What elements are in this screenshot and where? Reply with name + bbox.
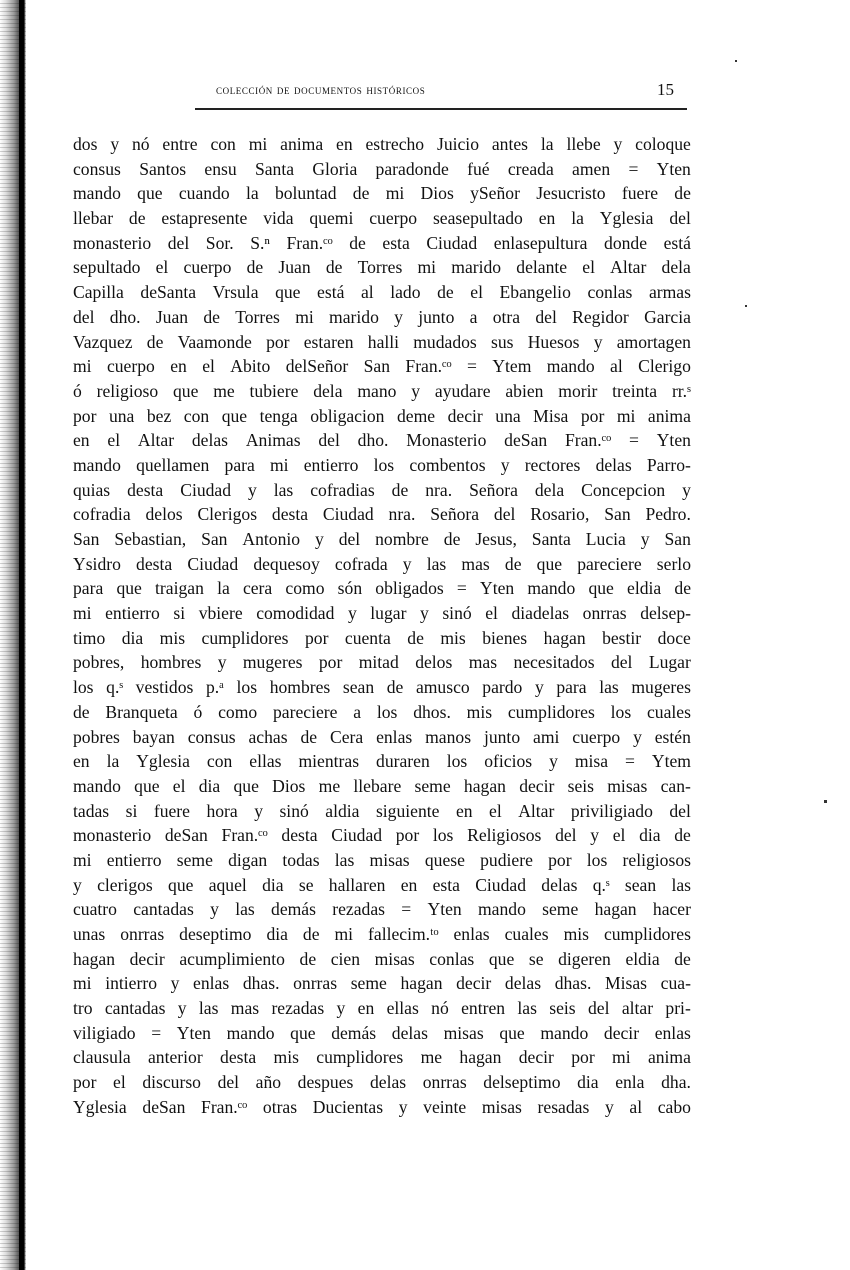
word: Ciudad <box>187 552 238 577</box>
word: que <box>173 379 198 404</box>
word: Religiosos <box>467 823 541 848</box>
word: mugeres <box>243 650 303 675</box>
text-line: viligiado=Ytenmandoquedemásdelasmisasque… <box>73 1021 691 1046</box>
word: sean <box>625 873 656 898</box>
word: de <box>674 947 691 972</box>
word: llebar <box>73 206 113 231</box>
word: digeren <box>558 947 611 972</box>
word: en <box>539 206 556 231</box>
word: Jesucristo <box>536 181 605 206</box>
word: cofradias <box>310 478 374 503</box>
word: pareciere <box>273 700 337 725</box>
word: enlas <box>454 922 490 947</box>
word: seis <box>549 996 575 1021</box>
word: con <box>184 404 209 429</box>
word: el <box>202 354 215 379</box>
word: la <box>246 181 259 206</box>
word: una <box>495 404 520 429</box>
word: Fran.ᶜᵒ <box>405 354 451 379</box>
word: cuerpo <box>572 725 620 750</box>
word: junto <box>484 725 520 750</box>
word: mando <box>540 1021 588 1046</box>
word: conlas <box>429 947 474 972</box>
word: Ciudad <box>475 873 526 898</box>
word: San <box>604 502 630 527</box>
word: obligacion <box>310 404 384 429</box>
word: vestidos <box>136 675 194 700</box>
word: veinte <box>423 1095 466 1120</box>
word: Dios <box>272 774 305 799</box>
word: S.ⁿ <box>250 231 270 256</box>
word: para <box>556 675 586 700</box>
word: ySeñor <box>470 181 520 206</box>
word: mientras <box>298 749 359 774</box>
word: duraren <box>376 749 430 774</box>
word: y <box>535 675 544 700</box>
word: consus <box>188 725 236 750</box>
text-line: deBranquetaócomoparecierealosdhos.miscum… <box>73 700 691 725</box>
word: mis <box>467 700 492 725</box>
word: para <box>225 453 255 478</box>
word: estén <box>655 725 691 750</box>
word: traigan <box>155 576 204 601</box>
word: Ducientas <box>313 1095 383 1120</box>
word: otras <box>263 1095 297 1120</box>
word: delseptimo <box>483 1070 560 1095</box>
text-line: pobres,hombresymugerespormitaddelosmasne… <box>73 650 691 675</box>
word: por <box>73 1070 96 1095</box>
word: deSanta <box>140 280 196 305</box>
word: p.ᵃ <box>206 675 224 700</box>
word: el <box>470 280 483 305</box>
word: seme <box>542 897 578 922</box>
word: cumplidores <box>604 922 691 947</box>
running-title: Colección de documentos históricos <box>216 82 425 98</box>
word: llebare <box>353 774 401 799</box>
word: amortagen <box>617 330 691 355</box>
word: y <box>73 873 82 898</box>
text-line: micuerpoenelAbitodelSeñorSanFran.ᶜᵒ=Ytem… <box>73 354 691 379</box>
word: decir <box>130 947 165 972</box>
word: Pedro. <box>645 502 690 527</box>
word: = <box>629 428 639 453</box>
word: Clerigos <box>197 502 257 527</box>
word: discurso <box>142 1070 201 1095</box>
word: dhas. <box>243 971 280 996</box>
word: dia <box>262 873 284 898</box>
word: en <box>401 873 418 898</box>
word: al <box>629 1095 642 1120</box>
word: de <box>129 206 146 231</box>
word: seme <box>177 848 213 873</box>
word: paradonde <box>376 157 449 182</box>
word: rezadas <box>271 996 324 1021</box>
word: cuerpo <box>107 354 155 379</box>
word: enlasepultura <box>494 231 588 256</box>
word: esta <box>433 873 460 898</box>
text-line: deldho.JuandeTorresmimaridoyjuntoaotrade… <box>73 305 691 330</box>
word: la <box>571 206 584 231</box>
word: anima <box>648 404 691 429</box>
word: conlas <box>587 280 632 305</box>
word: mi <box>386 181 405 206</box>
word: por <box>571 1045 594 1070</box>
word: ayudare <box>435 379 491 404</box>
word: mis <box>274 1045 299 1070</box>
word: Ytem <box>492 354 531 379</box>
word: deme <box>397 404 435 429</box>
binding-edge <box>19 0 24 1270</box>
word: q.ˢ <box>106 675 123 700</box>
word: las <box>235 897 255 922</box>
word: delante <box>516 255 567 280</box>
word: y <box>403 552 412 577</box>
word: y <box>315 527 324 552</box>
word: de <box>392 478 409 503</box>
word: dela <box>313 379 342 404</box>
text-line: poreldiscursodelañodespuesdelasonrrasdel… <box>73 1070 691 1095</box>
word: Misa <box>533 404 568 429</box>
text-line: mandoquecuandolaboluntaddemiDiosySeñorJe… <box>73 181 691 206</box>
word: desta <box>136 552 172 577</box>
word: los <box>433 823 454 848</box>
word: de <box>203 305 220 330</box>
word: las <box>599 675 619 700</box>
word: Ciudad <box>323 502 374 527</box>
word: año <box>256 1070 281 1095</box>
word: seasepultado <box>433 206 523 231</box>
word: mando <box>73 181 121 206</box>
word: que <box>116 576 141 601</box>
word: y <box>641 527 650 552</box>
word: aquel <box>209 873 247 898</box>
word: pardo <box>482 675 522 700</box>
word: está <box>664 231 691 256</box>
word: Torres <box>358 255 403 280</box>
word: Juicio <box>437 132 479 157</box>
word: hora <box>206 799 237 824</box>
word: de <box>247 255 264 280</box>
word: misas <box>482 1095 522 1120</box>
word: de <box>353 181 370 206</box>
word: Monasterio <box>406 428 486 453</box>
word: de <box>674 181 691 206</box>
word: Fran.ᶜᵒ <box>222 823 268 848</box>
word: tro <box>73 996 93 1021</box>
word: que <box>588 576 613 601</box>
word: las <box>199 996 219 1021</box>
word: Abito <box>230 354 270 379</box>
word: al <box>610 354 623 379</box>
word: que <box>137 181 162 206</box>
word: delas <box>505 971 541 996</box>
text-line: dosynóentreconmianimaenestrechoJuicioant… <box>73 132 691 157</box>
word: se <box>529 947 544 972</box>
word: Vrsula <box>213 280 259 305</box>
word: pobres <box>73 725 120 750</box>
word: de <box>387 675 404 700</box>
word: los <box>377 700 398 725</box>
text-line: SanSebastian,SanAntonioydelnombredeJesus… <box>73 527 691 552</box>
word: a <box>470 305 478 330</box>
word: = <box>628 157 638 182</box>
word: me <box>319 774 341 799</box>
word: cofradia <box>73 502 131 527</box>
word: vida <box>263 206 293 231</box>
word: monasterio <box>73 823 151 848</box>
word: donde <box>604 231 647 256</box>
scan-speck <box>735 60 737 62</box>
word: bayan <box>133 725 175 750</box>
word: religioso <box>97 379 159 404</box>
word: boluntad <box>275 181 337 206</box>
word: cuenta <box>345 626 391 651</box>
word: achas <box>249 725 288 750</box>
word: del <box>588 996 610 1021</box>
word: deSan <box>142 1095 185 1120</box>
word: decir <box>456 971 491 996</box>
word: mando <box>547 354 595 379</box>
text-line: CapilladeSantaVrsulaqueestáalladodeelEba… <box>73 280 691 305</box>
word: diadelas <box>511 601 569 626</box>
word: desta <box>272 502 308 527</box>
word: rr.ˢ <box>672 379 691 404</box>
word: y <box>254 799 263 824</box>
word: por <box>266 330 289 355</box>
text-line: mandoqueeldiaqueDiosmellebaresemehagande… <box>73 774 691 799</box>
word: hombres <box>141 650 202 675</box>
word: treinta <box>612 379 657 404</box>
word: demás <box>331 1021 376 1046</box>
word: Yten <box>657 157 691 182</box>
word: cofrada <box>335 552 388 577</box>
word: mando <box>73 453 121 478</box>
word: Juan <box>156 305 188 330</box>
word: fué <box>467 157 489 182</box>
word: amusco <box>416 675 470 700</box>
word: rezadas <box>332 897 385 922</box>
word: estrecho <box>365 132 424 157</box>
word: onrras <box>583 601 627 626</box>
word: está <box>317 280 344 305</box>
word: a <box>353 700 361 725</box>
word: delos <box>145 502 182 527</box>
word: enlas <box>193 971 229 996</box>
word: tadas <box>73 799 109 824</box>
word: para <box>73 576 103 601</box>
word: la <box>107 749 120 774</box>
word: monasterio <box>73 231 151 256</box>
word: y <box>210 897 219 922</box>
word: fallecim.ᵗᵒ <box>368 922 438 947</box>
word: las <box>427 552 447 577</box>
word: ellas <box>249 749 281 774</box>
word: todas <box>282 848 319 873</box>
word: y <box>171 971 180 996</box>
word: doce <box>658 626 691 651</box>
word: y <box>394 305 403 330</box>
word: Ebangelio <box>500 280 571 305</box>
word: San <box>201 527 227 552</box>
text-line: YsidrodestaCiudaddequesoycofradaylasmasd… <box>73 552 691 577</box>
word: cuales <box>647 700 691 725</box>
word: eldia <box>627 576 661 601</box>
word: que <box>290 1021 315 1046</box>
word: bienes <box>482 626 527 651</box>
word: = <box>151 1021 161 1046</box>
text-line: VazquezdeVaamondeporestarenhallimudadoss… <box>73 330 691 355</box>
word: enlas <box>655 1021 691 1046</box>
word: seis <box>568 774 594 799</box>
word: dia <box>266 922 288 947</box>
text-line: porunabezconquetengaobligaciondemedeciru… <box>73 404 691 429</box>
word: mudados <box>413 330 477 355</box>
word: los <box>374 453 395 478</box>
text-line: sepultadoelcuerpodeJuandeTorresmimaridod… <box>73 255 691 280</box>
word: halli <box>368 330 399 355</box>
text-line: mandoquellamenparamientierroloscombentos… <box>73 453 691 478</box>
word: cua- <box>661 971 691 996</box>
text-line: enlaYglesiaconellasmientrasdurarenlosofi… <box>73 749 691 774</box>
word: lugar <box>370 601 406 626</box>
word: onrras <box>120 922 164 947</box>
word: Lugar <box>649 650 691 675</box>
word: marido <box>451 255 501 280</box>
word: que <box>234 774 259 799</box>
word: pri- <box>665 996 690 1021</box>
word: entierro <box>105 601 160 626</box>
word: de <box>147 330 164 355</box>
word: Vaamonde <box>178 330 252 355</box>
word: entierro <box>107 848 162 873</box>
word: mis <box>440 626 465 651</box>
word: clausula <box>73 1045 131 1070</box>
word: dequesoy <box>253 552 319 577</box>
word: combentos <box>409 453 485 478</box>
word: que <box>275 280 300 305</box>
word: el <box>489 799 502 824</box>
word: marido <box>329 305 379 330</box>
word: las <box>335 848 355 873</box>
word: en <box>358 996 375 1021</box>
word: Fran.ᶜᵒ <box>286 231 332 256</box>
word: las <box>274 478 294 503</box>
text-line: monasteriodelSor.S.ⁿFran.ᶜᵒdeestaCiudade… <box>73 231 691 256</box>
word: fuere <box>154 799 190 824</box>
word: q.ˢ <box>593 873 610 898</box>
word: de <box>674 823 691 848</box>
word: de <box>444 527 461 552</box>
word: Yglesia <box>136 749 190 774</box>
word: decir <box>604 1021 639 1046</box>
word: hallaren <box>329 873 386 898</box>
word: onrras <box>423 1070 467 1095</box>
word: manos <box>425 725 471 750</box>
word: nó <box>431 996 449 1021</box>
word: Señora <box>469 478 518 503</box>
word: mi <box>612 1045 631 1070</box>
word: = <box>625 749 635 774</box>
word: necesitados <box>513 650 594 675</box>
word: dela <box>535 478 564 503</box>
text-line: mientierrosivbierecomodidadylugarysinóel… <box>73 601 691 626</box>
word: digan <box>228 848 267 873</box>
text-line: monasteriodeSanFran.ᶜᵒdestaCiudadporlosR… <box>73 823 691 848</box>
word: los <box>73 675 94 700</box>
word: al <box>361 280 374 305</box>
word: anima <box>648 1045 691 1070</box>
word: con <box>210 132 235 157</box>
word: són <box>338 576 362 601</box>
word: el <box>113 1070 126 1095</box>
word: por <box>581 404 604 429</box>
word: hagan <box>595 897 637 922</box>
text-line: yclerigosqueaqueldiasehallarenenestaCiud… <box>73 873 691 898</box>
word: Yten <box>177 1021 211 1046</box>
word: religiosos <box>623 848 691 873</box>
word: el <box>485 601 498 626</box>
word: fuere <box>622 181 658 206</box>
word: y <box>501 453 510 478</box>
word: Yglesia <box>73 1095 127 1120</box>
word: oficios <box>484 749 532 774</box>
word: = <box>457 576 467 601</box>
word: delSeñor <box>286 354 349 379</box>
word: Sor. <box>206 231 234 256</box>
word: cuales <box>505 922 549 947</box>
word: nra. <box>389 502 416 527</box>
word: mitad <box>359 650 399 675</box>
word: una <box>109 404 134 429</box>
word: mas <box>461 552 489 577</box>
word: Capilla <box>73 280 124 305</box>
word: Dios <box>421 181 454 206</box>
word: dia <box>122 626 144 651</box>
word: = <box>401 897 411 922</box>
word: mi <box>418 255 437 280</box>
word: que <box>222 404 247 429</box>
word: pobres, <box>73 650 124 675</box>
word: delas <box>192 428 228 453</box>
word: deSan <box>165 823 208 848</box>
word: consus <box>73 157 121 182</box>
word: pudiere <box>480 848 533 873</box>
word: Ciudad <box>426 231 477 256</box>
word: y <box>348 601 357 626</box>
word: dia <box>577 1070 599 1095</box>
word: y <box>110 132 119 157</box>
text-line: quiasdestaCiudadylascofradiasdenra.Señor… <box>73 478 691 503</box>
word: y <box>178 996 187 1021</box>
word: dhos. <box>413 700 451 725</box>
word: Gloria <box>312 157 357 182</box>
word: de <box>407 626 424 651</box>
word: de <box>300 947 317 972</box>
word: en <box>456 799 473 824</box>
word: Clerigo <box>638 354 691 379</box>
word: hagan <box>464 774 506 799</box>
word: Santa <box>255 157 294 182</box>
word: Yglesia <box>600 206 654 231</box>
word: el <box>107 428 120 453</box>
word: de <box>303 922 320 947</box>
word: misas <box>370 848 410 873</box>
text-line: paraquetraiganlaceracomosónobligados=Yte… <box>73 576 691 601</box>
word: onrras <box>293 971 337 996</box>
word: dha. <box>661 1070 691 1095</box>
word: y <box>248 478 257 503</box>
word: mando <box>227 1021 275 1046</box>
